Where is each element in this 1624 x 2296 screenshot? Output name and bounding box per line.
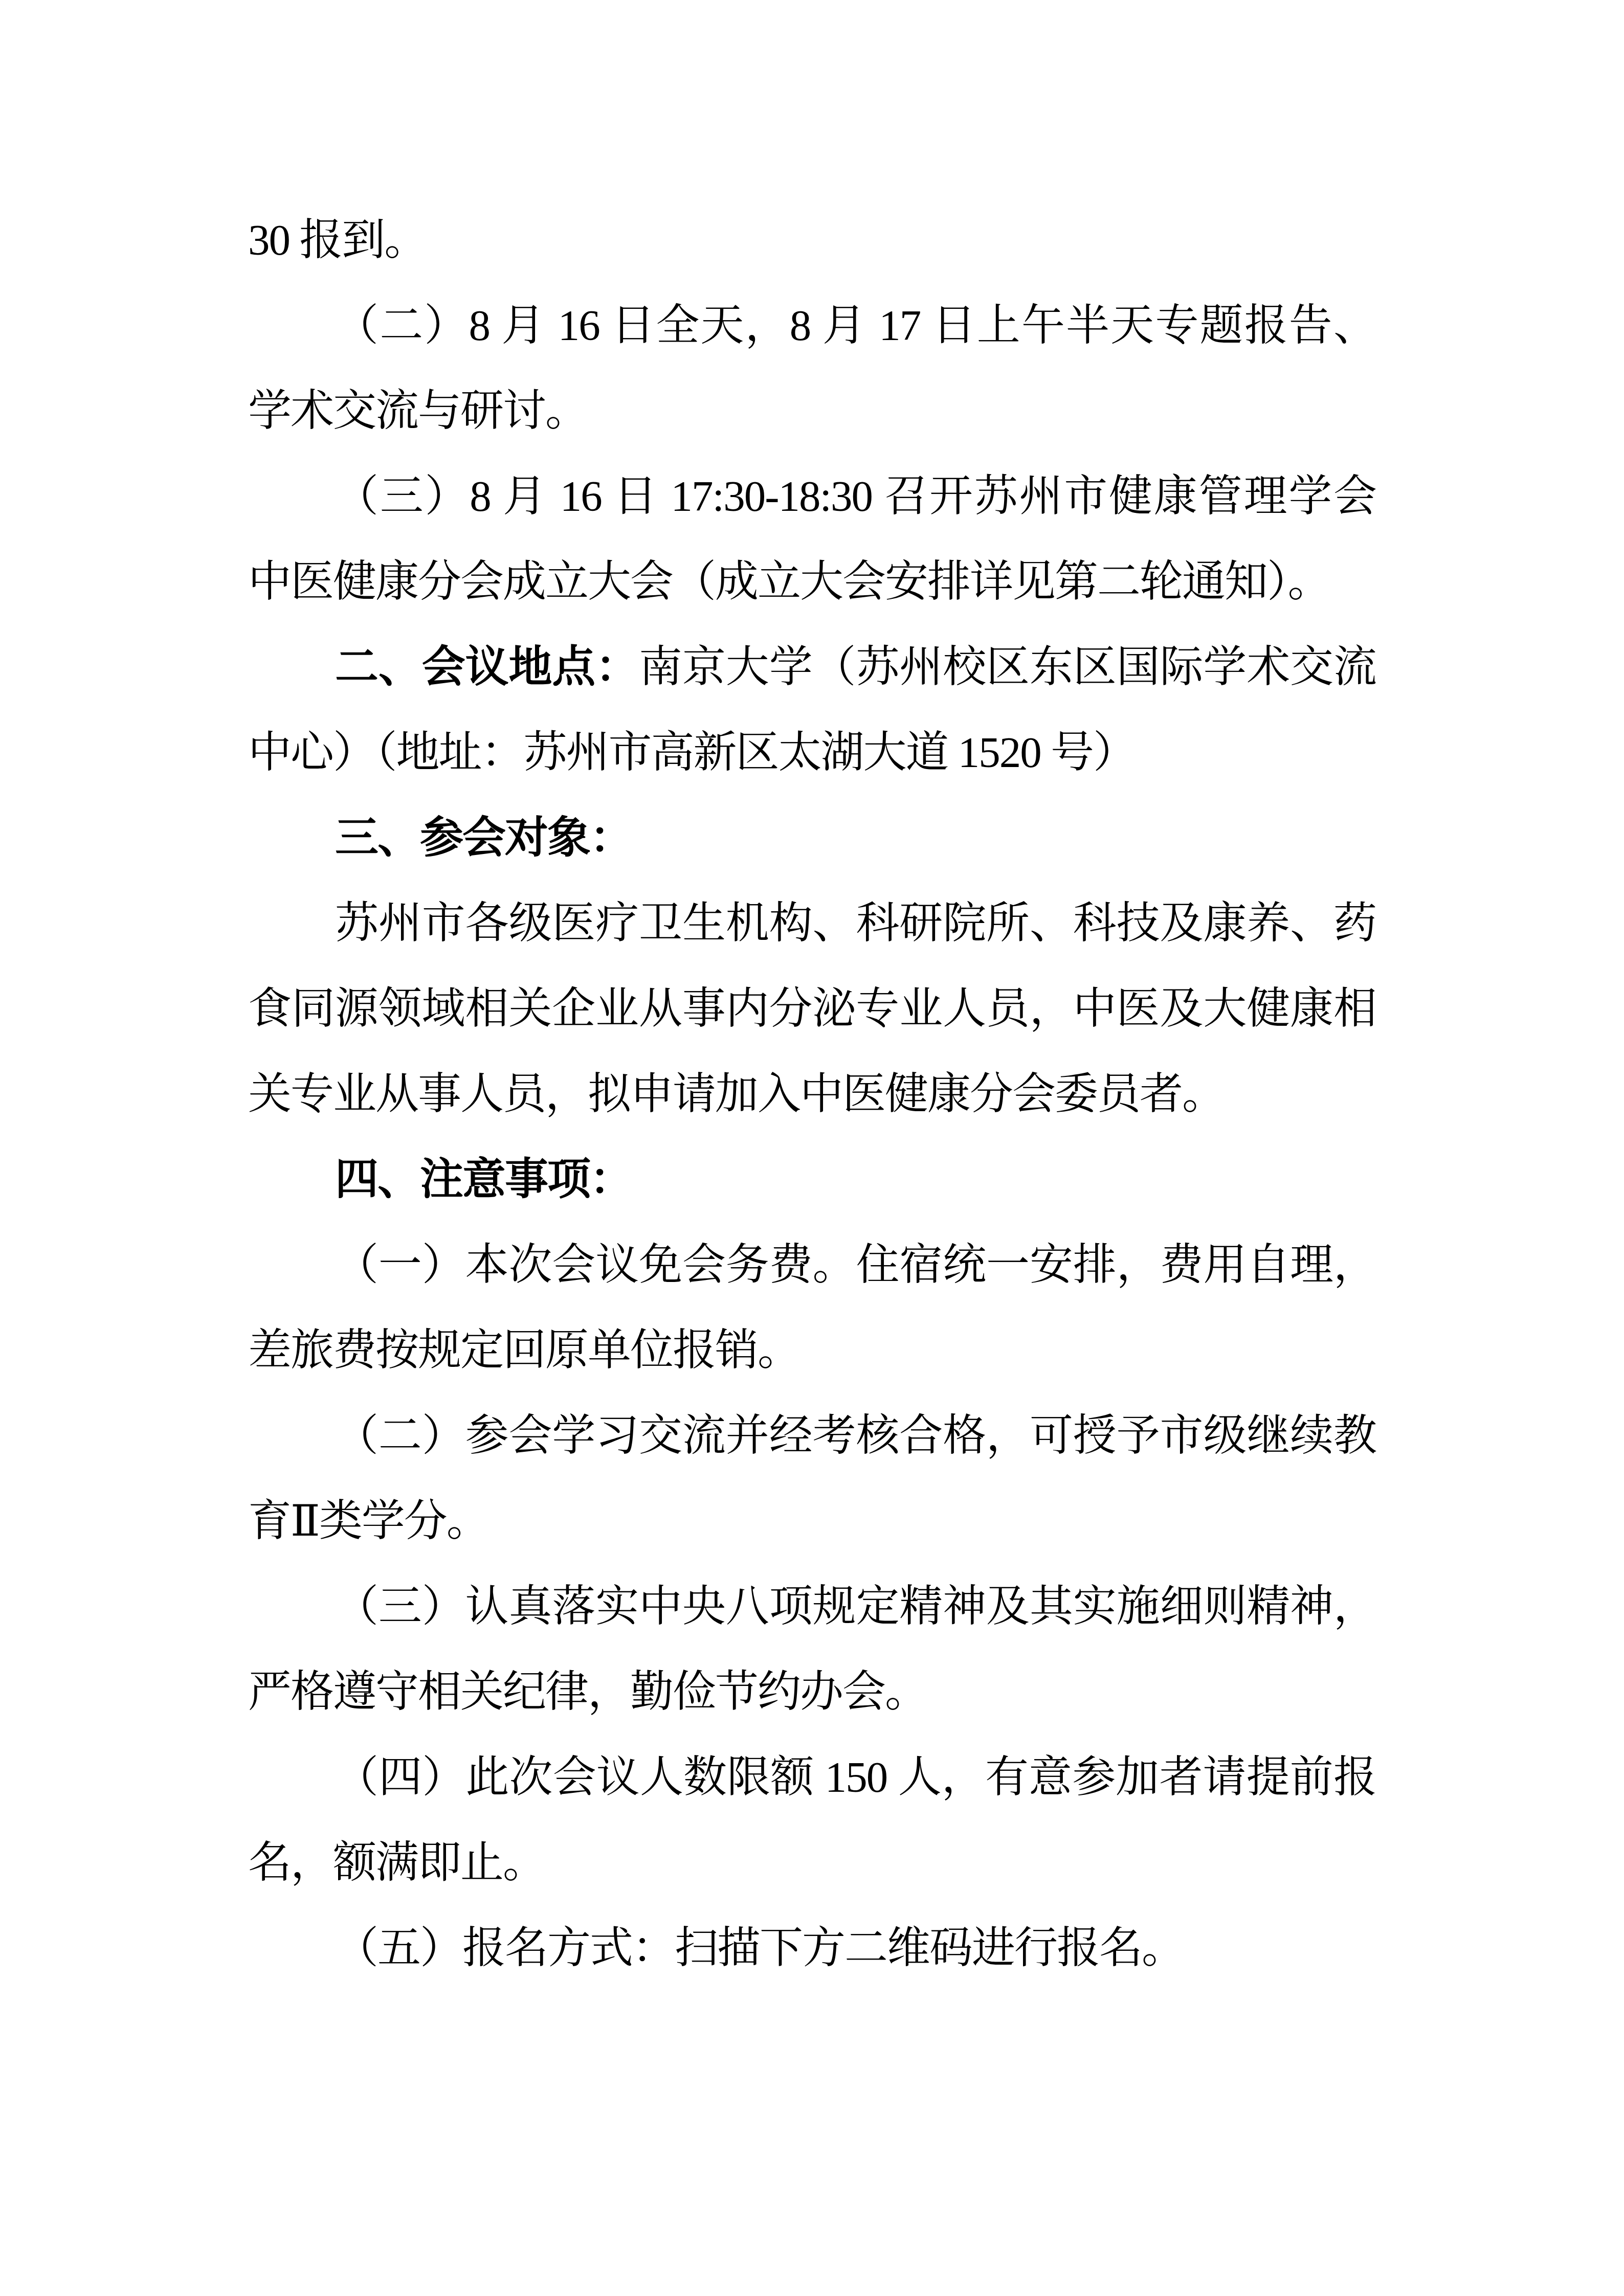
body-text: （五）报名方式：扫描下方二维码进行报名。	[335, 1924, 1184, 1972]
text-line: 关专业从事人员，拟申请加入中医健康分会委员者。	[248, 1051, 1376, 1137]
text-line: （三）认真落实中央八项规定精神及其实施细则精神，	[248, 1564, 1376, 1649]
text-line: 名，额满即止。	[248, 1820, 1376, 1905]
text-line: （二）8 月 16 日全天，8 月 17 日上午半天专题报告、	[248, 283, 1376, 368]
body-text: 中心）（地址：苏州市高新区太湖大道 1520 号）	[248, 729, 1136, 777]
text-line: （四）此次会议人数限额 150 人，有意参加者请提前报	[248, 1735, 1376, 1820]
body-text: 中医健康分会成立大会（成立大会安排详见第二轮通知）。	[248, 558, 1330, 606]
text-line: （五）报名方式：扫描下方二维码进行报名。	[248, 1905, 1376, 1991]
body-text: （三）8 月 16 日 17:30-18:30 召开苏州市健康管理学会	[335, 472, 1376, 521]
body-text: 育Ⅱ类学分。	[248, 1497, 489, 1545]
text-line: 学术交流与研讨。	[248, 368, 1376, 454]
text-line: 二、会议地点：南京大学（苏州校区东区国际学术交流	[248, 624, 1376, 710]
text-line: 三、参会对象：	[248, 795, 1376, 881]
body-text: 差旅费按规定回原单位报销。	[248, 1326, 800, 1375]
section-heading-text: 二、会议地点：	[335, 643, 639, 691]
document-text-block: 30 报到。（二）8 月 16 日全天，8 月 17 日上午半天专题报告、学术交…	[248, 197, 1376, 1991]
body-text: 学术交流与研讨。	[248, 387, 588, 435]
text-line: 30 报到。	[248, 197, 1376, 283]
section-heading-text: 三、参会对象：	[335, 814, 632, 862]
body-text: 30 报到。	[248, 216, 427, 264]
text-line: 中心）（地址：苏州市高新区太湖大道 1520 号）	[248, 710, 1376, 795]
body-text: 严格遵守相关纪律，勤俭节约办会。	[248, 1668, 927, 1716]
document-page: 30 报到。（二）8 月 16 日全天，8 月 17 日上午半天专题报告、学术交…	[0, 0, 1624, 2296]
text-line: 育Ⅱ类学分。	[248, 1478, 1376, 1564]
body-text: 南京大学（苏州校区东区国际学术交流	[639, 643, 1376, 691]
body-text: 苏州市各级医疗卫生机构、科研院所、科技及康养、药	[335, 899, 1376, 948]
body-text: （二）参会学习交流并经考核合格，可授予市级继续教	[335, 1412, 1376, 1460]
body-text: （二）8 月 16 日全天，8 月 17 日上午半天专题报告、	[335, 302, 1376, 350]
body-text: 关专业从事人员，拟申请加入中医健康分会委员者。	[248, 1070, 1225, 1118]
section-heading-text: 四、注意事项：	[335, 1155, 632, 1204]
body-text: 食同源领域相关企业从事内分泌专业人员，中医及大健康相	[248, 985, 1376, 1033]
body-text: 名，额满即止。	[248, 1839, 545, 1887]
body-text: （四）此次会议人数限额 150 人，有意参加者请提前报	[335, 1753, 1376, 1802]
body-text: （三）认真落实中央八项规定精神及其实施细则精神，	[335, 1583, 1376, 1631]
text-line: 差旅费按规定回原单位报销。	[248, 1308, 1376, 1393]
text-line: （二）参会学习交流并经考核合格，可授予市级继续教	[248, 1393, 1376, 1478]
text-line: 中医健康分会成立大会（成立大会安排详见第二轮通知）。	[248, 539, 1376, 624]
text-line: 四、注意事项：	[248, 1137, 1376, 1222]
text-line: 苏州市各级医疗卫生机构、科研院所、科技及康养、药	[248, 881, 1376, 966]
text-line: （三）8 月 16 日 17:30-18:30 召开苏州市健康管理学会	[248, 454, 1376, 539]
text-line: 食同源领域相关企业从事内分泌专业人员，中医及大健康相	[248, 966, 1376, 1051]
text-line: （一）本次会议免会务费。住宿统一安排，费用自理，	[248, 1222, 1376, 1308]
text-line: 严格遵守相关纪律，勤俭节约办会。	[248, 1649, 1376, 1735]
body-text: （一）本次会议免会务费。住宿统一安排，费用自理，	[335, 1241, 1376, 1289]
